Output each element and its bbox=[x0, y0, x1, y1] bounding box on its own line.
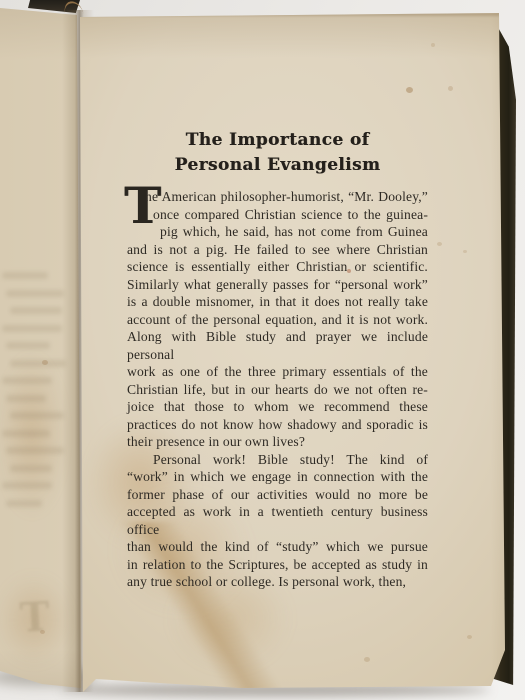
chapter-heading: The Importance of Personal Evangelism bbox=[127, 128, 428, 178]
show-through-line bbox=[6, 447, 64, 454]
fox-spot bbox=[406, 87, 413, 93]
show-through-line bbox=[2, 430, 50, 437]
body-line: accepted as work in a twentieth century … bbox=[127, 503, 428, 538]
body-line: is a double misnomer, in that it does no… bbox=[127, 293, 428, 311]
chapter-heading-line1: The Importance of bbox=[127, 128, 428, 153]
show-through-line bbox=[10, 465, 52, 472]
body-line: Christian life, but in our hearts do we … bbox=[127, 381, 428, 399]
fox-spot bbox=[437, 242, 442, 246]
body-line: once compared Christian science to the g… bbox=[127, 206, 428, 224]
body-line: Similarly what generally passes for “per… bbox=[127, 276, 428, 294]
body-line: Personal work! Bible study! The kind of bbox=[127, 451, 428, 469]
body-line: joice that those to whom we recommend th… bbox=[127, 398, 428, 416]
fox-spot bbox=[364, 657, 370, 662]
show-through-line bbox=[6, 342, 50, 349]
body-line: account of the personal equation, and it… bbox=[127, 311, 428, 329]
body-line: former phase of our activities would no … bbox=[127, 486, 428, 504]
show-through-line bbox=[6, 395, 46, 402]
show-through-line bbox=[2, 482, 52, 489]
show-through-line bbox=[6, 290, 64, 297]
body-text: he American philosopher-humorist, “Mr. D… bbox=[127, 188, 428, 591]
fox-spot bbox=[431, 43, 435, 47]
body-line: he American philosopher-humorist, “Mr. D… bbox=[127, 188, 428, 206]
body-line: Along with Bible study and prayer we inc… bbox=[127, 328, 428, 363]
fox-spot bbox=[40, 630, 45, 634]
body-line: science is essentially either Christian … bbox=[127, 258, 428, 276]
show-through-line bbox=[2, 377, 52, 384]
show-through-line bbox=[2, 325, 62, 332]
book-photo: T The Importance of Personal Evangelism … bbox=[0, 0, 525, 700]
body-line: their presence in our own lives? bbox=[127, 433, 428, 451]
body-line: practices do not know how shadowy and sp… bbox=[127, 416, 428, 434]
body-line: and is not a pig. He failed to see where… bbox=[127, 241, 428, 259]
fox-spot bbox=[467, 635, 472, 639]
show-through-line bbox=[6, 500, 42, 507]
show-through-dropcap: T bbox=[19, 597, 51, 639]
fox-spot bbox=[42, 360, 48, 365]
body-line: than would the kind of “study” which we … bbox=[127, 538, 428, 556]
body-line: “work” in which we engage in connection … bbox=[127, 468, 428, 486]
body-line: pig which, he said, has not come from Gu… bbox=[127, 223, 428, 241]
body-line: any true school or college. Is personal … bbox=[127, 573, 428, 591]
show-through-line bbox=[2, 272, 48, 279]
chapter-heading-line2: Personal Evangelism bbox=[127, 153, 428, 178]
fox-spot bbox=[463, 250, 467, 253]
show-through-line bbox=[10, 360, 66, 367]
page-top-edge bbox=[80, 12, 500, 16]
show-through-line bbox=[10, 412, 64, 419]
body-line: in relation to the Scriptures, be accept… bbox=[127, 556, 428, 574]
body-line: work as one of the three primary essenti… bbox=[127, 363, 428, 381]
fox-spot bbox=[448, 86, 453, 91]
show-through-line bbox=[10, 307, 62, 314]
